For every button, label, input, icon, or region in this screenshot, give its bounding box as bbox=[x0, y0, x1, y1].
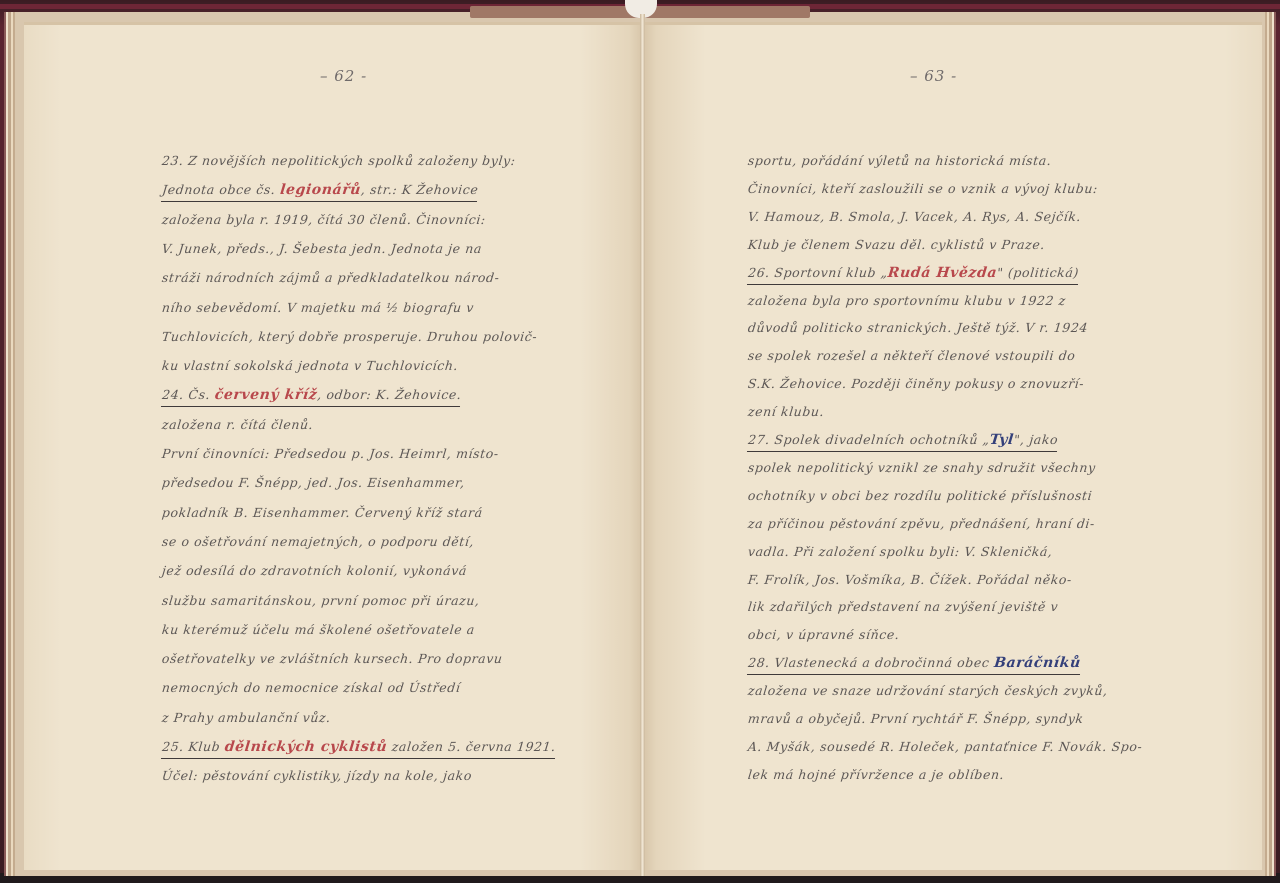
line-text: První činovníci: Předsedou p. Jos. Heimr… bbox=[161, 446, 499, 461]
line-text: 26. Sportovní klub „ bbox=[747, 265, 888, 280]
line-text: z Prahy ambulanční vůz. bbox=[161, 710, 331, 725]
line-text-suffix: , str.: K Žehovice bbox=[360, 182, 479, 197]
handwritten-line: mravů a obyčejů. První rychtář F. Šnépp,… bbox=[747, 711, 1084, 726]
line-text: sportu, pořádání výletů na historická mí… bbox=[747, 153, 1052, 168]
line-text: předsedou F. Šnépp, jed. Jos. Eisenhamme… bbox=[161, 475, 465, 490]
handwritten-line: předsedou F. Šnépp, jed. Jos. Eisenhamme… bbox=[161, 475, 465, 490]
line-text: 25. Klub bbox=[161, 739, 225, 754]
handwritten-line: 28. Vlastenecká a dobročinná obec Baráčn… bbox=[747, 655, 1082, 675]
handwritten-line: 24. Čs. červený kříž, odbor: K. Žehovice… bbox=[161, 387, 462, 407]
highlighted-name: Rudá Hvězda bbox=[887, 265, 998, 281]
line-text: ochotníky v obci bez rozdílu politické p… bbox=[747, 488, 1093, 503]
handwritten-line: ku vlastní sokolská jednota v Tuchlovicí… bbox=[161, 358, 459, 373]
line-text: ku kterémuž účelu má školené ošetřovatel… bbox=[161, 622, 476, 637]
line-text-suffix: ", jako bbox=[1013, 432, 1059, 447]
line-text: mravů a obyčejů. První rychtář F. Šnépp,… bbox=[747, 711, 1084, 726]
line-text: S.K. Žehovice. Později činěny pokusy o z… bbox=[747, 376, 1085, 391]
handwritten-line: se o ošetřování nemajetných, o podporu d… bbox=[161, 534, 475, 549]
handwritten-line: založena ve snaze udržování starých česk… bbox=[747, 683, 1108, 698]
handwritten-line: zení klubu. bbox=[747, 404, 825, 419]
handwritten-line: ošetřovatelky ve zvláštních kursech. Pro… bbox=[161, 651, 503, 666]
line-text: zení klubu. bbox=[747, 404, 825, 419]
handwritten-line: V. Junek, předs., J. Šebesta jedn. Jedno… bbox=[161, 241, 483, 256]
line-text: vadla. Při založení spolku byli: V. Skle… bbox=[747, 544, 1053, 559]
handwritten-line: se spolek rozešel a někteří členové vsto… bbox=[747, 348, 1076, 363]
handwritten-line: založena r. čítá členů. bbox=[161, 417, 314, 432]
handwritten-line: Účel: pěstování cyklistiky, jízdy na kol… bbox=[161, 768, 473, 783]
line-text: založena r. čítá členů. bbox=[161, 417, 314, 432]
line-text: službu samaritánskou, první pomoc při úr… bbox=[161, 593, 480, 608]
line-text: založena byla r. 1919, čítá 30 členů. Či… bbox=[161, 212, 486, 227]
line-text: nemocných do nemocnice získal od Ústředí bbox=[161, 680, 461, 695]
line-text: V. Junek, předs., J. Šebesta jedn. Jedno… bbox=[161, 241, 483, 256]
handwritten-line: za příčinou pěstování zpěvu, přednášení,… bbox=[747, 516, 1096, 531]
line-text: ního sebevědomí. V majetku má ½ biografu… bbox=[161, 300, 475, 315]
line-text: důvodů politicko stranických. Ještě týž.… bbox=[747, 320, 1089, 335]
handwritten-line: založena byla r. 1919, čítá 30 členů. Či… bbox=[161, 212, 486, 227]
handwritten-line: spolek nepolitický vznikl ze snahy sdruž… bbox=[747, 460, 1096, 475]
handwritten-line: lik zdařilých představení na zvýšení jev… bbox=[747, 599, 1059, 614]
handwritten-line: ku kterémuž účelu má školené ošetřovatel… bbox=[161, 622, 476, 637]
handwritten-line: založena byla pro sportovnímu klubu v 19… bbox=[747, 293, 1066, 308]
handwritten-line: S.K. Žehovice. Později činěny pokusy o z… bbox=[747, 376, 1085, 391]
handwritten-line: První činovníci: Předsedou p. Jos. Heimr… bbox=[161, 446, 499, 461]
line-text: obci, v úpravné síňce. bbox=[747, 627, 900, 642]
line-text: založena byla pro sportovnímu klubu v 19… bbox=[747, 293, 1066, 308]
handwritten-line: F. Frolík, Jos. Vošmíka, B. Čížek. Pořád… bbox=[747, 572, 1073, 587]
handwritten-line: 25. Klub dělnických cyklistů založen 5. … bbox=[161, 739, 557, 759]
line-text: ošetřovatelky ve zvláštních kursech. Pro… bbox=[161, 651, 503, 666]
handwritten-line: ního sebevědomí. V majetku má ½ biografu… bbox=[161, 300, 475, 315]
line-text: Klub je členem Svazu děl. cyklistů v Pra… bbox=[747, 237, 1046, 252]
line-text: ku vlastní sokolská jednota v Tuchlovicí… bbox=[161, 358, 459, 373]
line-text: 28. Vlastenecká a dobročinná obec bbox=[747, 655, 994, 670]
line-text: Jednota obce čs. bbox=[161, 182, 280, 197]
handwritten-line: 23. Z novějších nepolitických spolků zal… bbox=[161, 153, 516, 168]
page-number-right: – 63 - bbox=[910, 67, 957, 85]
line-text: 24. Čs. bbox=[161, 387, 215, 402]
page-number-left: – 62 - bbox=[320, 67, 367, 85]
handwritten-line: pokladník B. Eisenhammer. Červený kříž s… bbox=[161, 505, 483, 520]
highlighted-name: červený kříž bbox=[214, 387, 318, 403]
line-text: A. Myšák, sousedé R. Holeček, pantaťnice… bbox=[747, 739, 1143, 754]
line-text-suffix: založen 5. června 1921. bbox=[386, 739, 556, 754]
handwritten-line: 26. Sportovní klub „Rudá Hvězda" (politi… bbox=[747, 265, 1080, 285]
left-page: – 62 - 23. Z novějších nepolitických spo… bbox=[24, 22, 642, 870]
highlighted-name: Baráčníků bbox=[993, 655, 1081, 671]
handwritten-line: Jednota obce čs. legionářů, str.: K Žeho… bbox=[161, 182, 479, 202]
handwritten-line: Tuchlovicích, který dobře prosperuje. Dr… bbox=[161, 329, 538, 344]
line-text-suffix: , odbor: K. Žehovice. bbox=[317, 387, 463, 402]
handwritten-line: obci, v úpravné síňce. bbox=[747, 627, 900, 642]
line-text: pokladník B. Eisenhammer. Červený kříž s… bbox=[161, 505, 483, 520]
line-text: se o ošetřování nemajetných, o podporu d… bbox=[161, 534, 475, 549]
handwritten-line: lek má hojné přívržence a je oblíben. bbox=[747, 767, 1005, 782]
line-text: stráži národních zájmů a předkladatelkou… bbox=[161, 270, 500, 285]
line-text: 23. Z novějších nepolitických spolků zal… bbox=[161, 153, 516, 168]
handwritten-line: službu samaritánskou, první pomoc při úr… bbox=[161, 593, 480, 608]
line-text: Činovníci, kteří zasloužili se o vznik a… bbox=[747, 181, 1098, 196]
line-text: Tuchlovicích, který dobře prosperuje. Dr… bbox=[161, 329, 538, 344]
line-text: spolek nepolitický vznikl ze snahy sdruž… bbox=[747, 460, 1096, 475]
line-text: za příčinou pěstování zpěvu, přednášení,… bbox=[747, 516, 1096, 531]
line-text: F. Frolík, Jos. Vošmíka, B. Čížek. Pořád… bbox=[747, 572, 1073, 587]
line-text-suffix: " (politická) bbox=[996, 265, 1079, 280]
line-text: jež odesílá do zdravotních kolonií, vyko… bbox=[161, 563, 468, 578]
handwritten-line: jež odesílá do zdravotních kolonií, vyko… bbox=[161, 563, 468, 578]
book-gutter bbox=[640, 14, 645, 876]
handwritten-line: Klub je členem Svazu děl. cyklistů v Pra… bbox=[747, 237, 1046, 252]
highlighted-name: dělnických cyklistů bbox=[224, 739, 388, 755]
handwritten-line: nemocných do nemocnice získal od Ústředí bbox=[161, 680, 461, 695]
handwritten-line: vadla. Při založení spolku byli: V. Skle… bbox=[747, 544, 1053, 559]
handwritten-line: A. Myšák, sousedé R. Holeček, pantaťnice… bbox=[747, 739, 1143, 754]
handwritten-line: stráži národních zájmů a předkladatelkou… bbox=[161, 270, 500, 285]
highlighted-name: legionářů bbox=[279, 182, 362, 198]
highlighted-name: Tyl bbox=[989, 432, 1015, 448]
line-text: Účel: pěstování cyklistiky, jízdy na kol… bbox=[161, 768, 473, 783]
handwritten-line: sportu, pořádání výletů na historická mí… bbox=[747, 153, 1052, 168]
handwritten-line: z Prahy ambulanční vůz. bbox=[161, 710, 331, 725]
line-text: V. Hamouz, B. Smola, J. Vacek, A. Rys, A… bbox=[747, 209, 1082, 224]
handwritten-line: ochotníky v obci bez rozdílu politické p… bbox=[747, 488, 1093, 503]
line-text: lik zdařilých představení na zvýšení jev… bbox=[747, 599, 1059, 614]
handwritten-line: důvodů politicko stranických. Ještě týž.… bbox=[747, 320, 1089, 335]
right-page: – 63 - sportu, pořádání výletů na histor… bbox=[644, 22, 1262, 870]
line-text: založena ve snaze udržování starých česk… bbox=[747, 683, 1108, 698]
handwritten-line: Činovníci, kteří zasloužili se o vznik a… bbox=[747, 181, 1098, 196]
line-text: lek má hojné přívržence a je oblíben. bbox=[747, 767, 1005, 782]
line-text: 27. Spolek divadelních ochotníků „ bbox=[747, 432, 990, 447]
handwritten-line: V. Hamouz, B. Smola, J. Vacek, A. Rys, A… bbox=[747, 209, 1082, 224]
handwritten-line: 27. Spolek divadelních ochotníků „Tyl", … bbox=[747, 432, 1059, 452]
line-text: se spolek rozešel a někteří členové vsto… bbox=[747, 348, 1076, 363]
